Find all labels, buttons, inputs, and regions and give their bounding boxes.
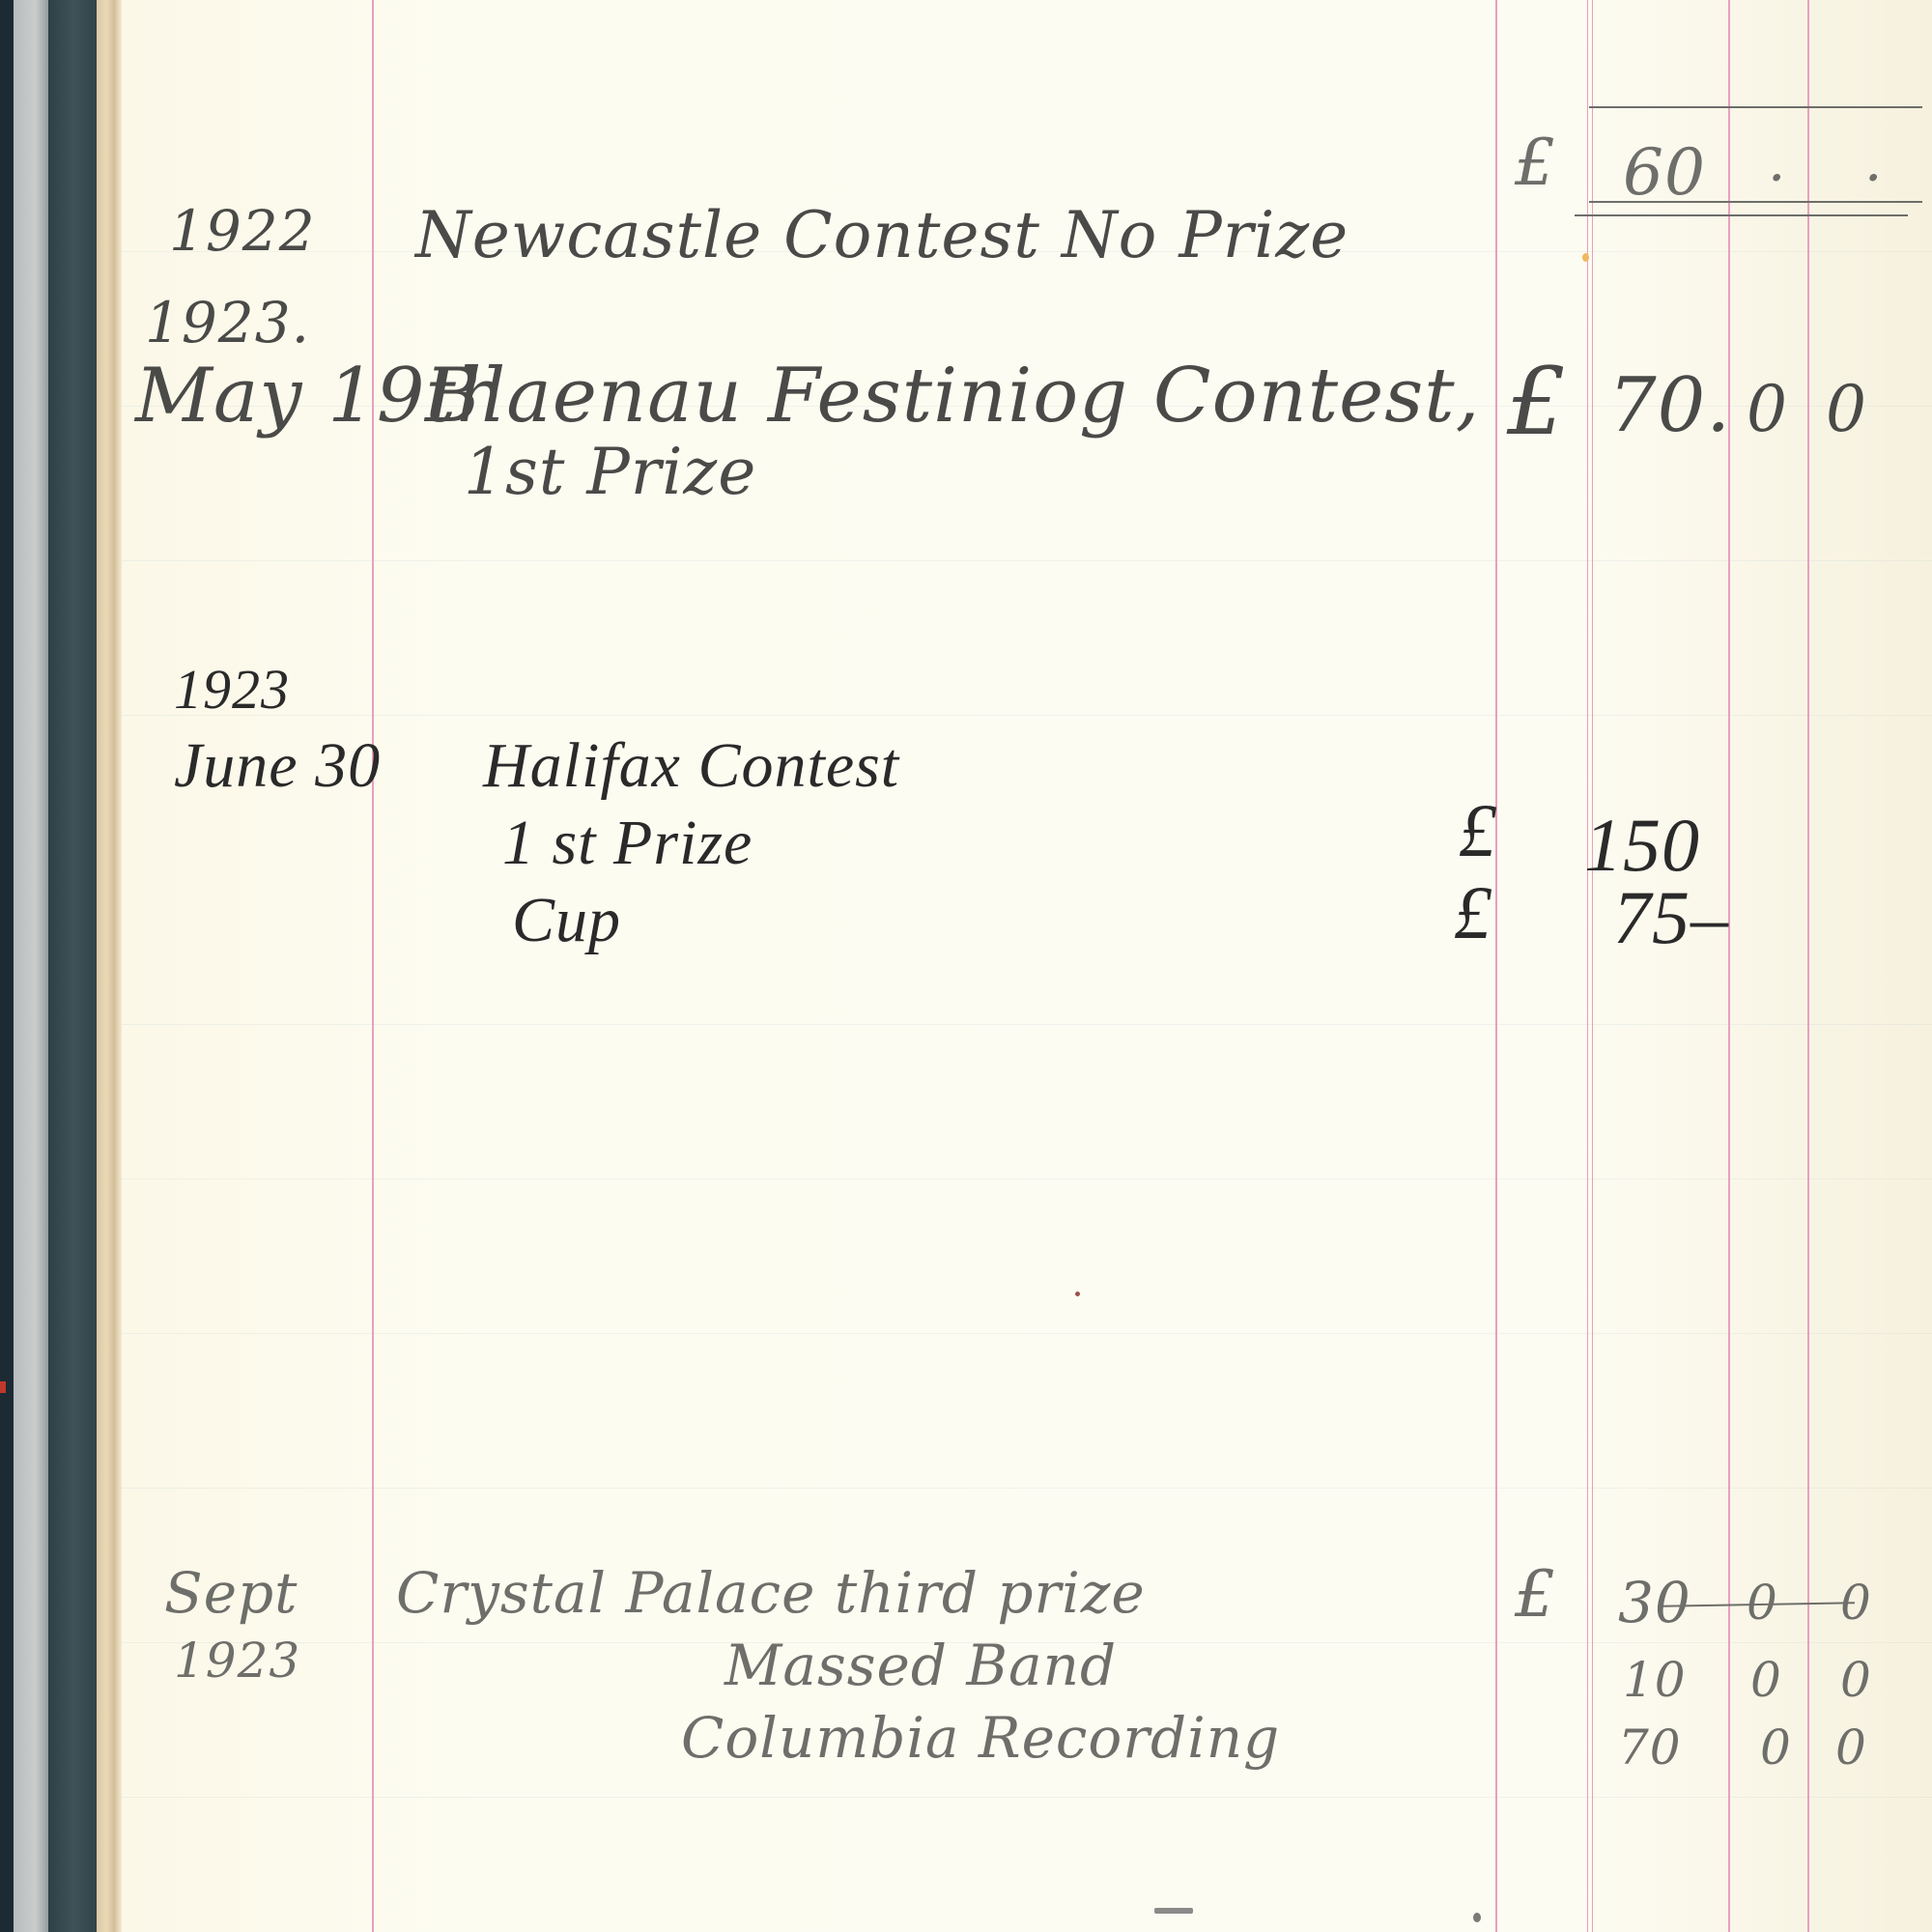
- stain-speck: [1473, 1913, 1481, 1922]
- amount-pounds: 75–: [1613, 874, 1729, 961]
- stain-speck: [1154, 1908, 1193, 1914]
- entry-month: Sept: [164, 1560, 298, 1626]
- pound-sign-icon: £: [1459, 787, 1497, 874]
- entry-date: June 30: [174, 729, 381, 803]
- total-double-rule-2: [1575, 214, 1908, 216]
- pounds-column-rule-double: [1592, 0, 1593, 1932]
- entry-date: 1922: [169, 198, 316, 264]
- pound-sign-icon: £: [1507, 348, 1567, 456]
- entry-subdescription: Cup: [512, 884, 621, 957]
- stain-speck: [1582, 253, 1589, 262]
- amount-pounds: 10: [1623, 1652, 1687, 1708]
- pounds-column-rule: [1587, 0, 1588, 1932]
- pound-sign-icon: £: [1515, 1557, 1556, 1632]
- amount-shillings: 0: [1747, 372, 1788, 446]
- total-double-rule-1: [1589, 201, 1922, 203]
- amount-pounds: 70: [1618, 1719, 1682, 1776]
- pence-column-rule: [1807, 0, 1809, 1932]
- ledger-line: [122, 1333, 1932, 1334]
- total-pounds: 60: [1623, 135, 1706, 210]
- shillings-column-rule: [1728, 0, 1730, 1932]
- red-mark: [0, 1381, 6, 1393]
- amount-pounds: 70.: [1608, 362, 1731, 449]
- entry-description: Halifax Contest: [483, 729, 899, 803]
- amount-shillings: 0: [1760, 1719, 1792, 1776]
- ledger-line: [122, 560, 1932, 561]
- ledger-line: [122, 715, 1932, 716]
- entry-description: Newcastle Contest No Prize: [415, 198, 1349, 272]
- entry-year: 1923: [174, 657, 290, 722]
- total-top-rule: [1589, 106, 1922, 108]
- stain-speck: [1075, 1292, 1080, 1296]
- ledger-page: £ 60 · · 1922 Newcastle Contest No Prize…: [0, 0, 1932, 1932]
- entry-subdescription: 1st Prize: [464, 435, 756, 509]
- ledger-line: [122, 1488, 1932, 1489]
- amount-pence: 0: [1840, 1652, 1872, 1708]
- currency-column-rule: [1495, 0, 1497, 1932]
- entry-year: 1923: [174, 1633, 300, 1689]
- ledger-line: [122, 1797, 1932, 1798]
- ledger-line: [122, 1179, 1932, 1179]
- spine-cloth: [48, 0, 99, 1932]
- entry-subdescription: 1 st Prize: [502, 807, 753, 880]
- entry-description: Crystal Palace third prize: [396, 1560, 1146, 1626]
- date-margin-rule: [372, 0, 374, 1932]
- book-cover-edge: [0, 0, 14, 1932]
- amount-pounds: 30: [1618, 1570, 1691, 1635]
- pound-sign-icon: £: [1515, 126, 1556, 200]
- ledger-line: [122, 1024, 1932, 1025]
- binding-gap: [14, 0, 50, 1932]
- amount-pence: 0: [1826, 372, 1867, 446]
- pound-sign-icon: £: [1454, 869, 1492, 956]
- entry-description: Blaenau Festiniog Contest,: [425, 353, 1480, 440]
- entry-subdescription: Massed Band: [724, 1633, 1117, 1698]
- entry-year: 1923.: [145, 290, 310, 355]
- amount-shillings: 0: [1750, 1652, 1782, 1708]
- amount-pence: 0: [1835, 1719, 1867, 1776]
- page-edge: [97, 0, 122, 1932]
- entry-subdescription: Columbia Recording: [681, 1705, 1280, 1771]
